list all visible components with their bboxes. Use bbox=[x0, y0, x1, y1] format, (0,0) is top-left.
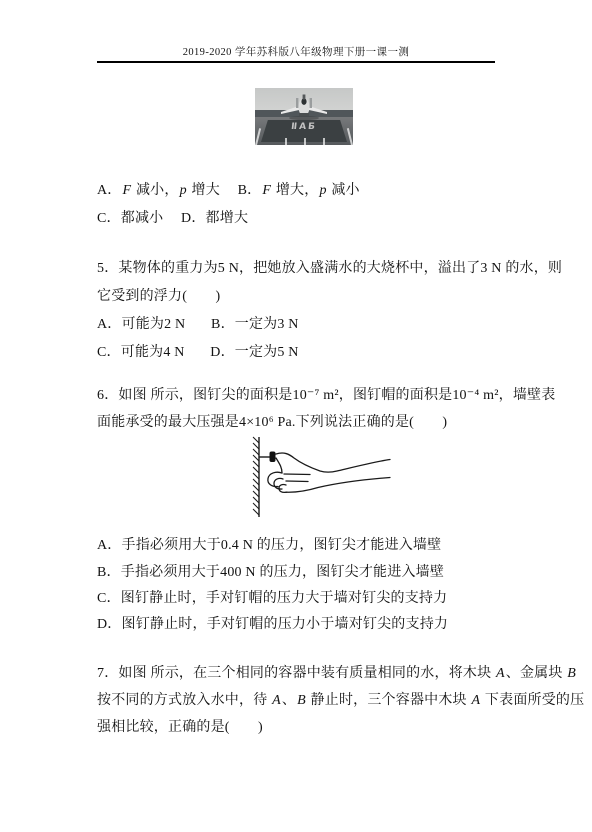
q4-option-a: A．F 减小，p 增大 bbox=[97, 183, 220, 198]
page-header-title: 2019-2020 学年苏科版八年级物理下册一课一测 bbox=[0, 44, 592, 59]
wall-hatching bbox=[253, 437, 259, 515]
q4-option-d: D．都增大 bbox=[181, 211, 248, 226]
q5-stem-line-1: 5．某物体的重力为5 N，把她放入盛满水的大烧杯中，溢出了3 N 的水，则 bbox=[97, 261, 567, 277]
q7-stem-line-3: 强相比较，正确的是( ) bbox=[97, 720, 567, 736]
tack-head bbox=[270, 452, 276, 463]
variable-p: p bbox=[179, 183, 188, 198]
q4-option-row-1: A．F 减小，p 增大 B．F 增大，p 减小 bbox=[97, 183, 567, 199]
jet-carrier-photo: ⅡAБ bbox=[255, 88, 353, 145]
q6-option-c: C．图钉静止时，手对钉帽的压力大于墙对钉尖的支持力 bbox=[97, 591, 567, 607]
deck-line bbox=[323, 138, 325, 145]
q5-option-d: D．一定为5 N bbox=[210, 345, 298, 360]
hand-outline bbox=[268, 453, 390, 492]
q5-option-b: B．一定为3 N bbox=[211, 317, 299, 332]
variable-A: A bbox=[271, 693, 282, 708]
q4-option-row-2: C．都减小 D．都增大 bbox=[97, 211, 567, 227]
q6-stem-line-1: 6．如图 所示，图钉尖的面积是10⁻⁷ m²，图钉帽的面积是10⁻⁴ m²，墙壁… bbox=[97, 388, 567, 404]
variable-B: B bbox=[296, 693, 307, 708]
q6-stem-line-2: 面能承受的最大压强是4×10⁶ Pa.下列说法正确的是( ) bbox=[97, 415, 567, 431]
thumbtack-hand-figure bbox=[238, 430, 398, 527]
variable-A: A bbox=[495, 666, 506, 681]
q5-option-row-2: C．可能为4 N D．一定为5 N bbox=[97, 345, 567, 361]
q4-option-b: B．F 增大，p 减小 bbox=[238, 183, 360, 198]
deck-line bbox=[304, 138, 306, 145]
q5-option-row-1: A．可能为2 N B．一定为3 N bbox=[97, 317, 567, 333]
q5-stem-line-2: 它受到的浮力( ) bbox=[97, 289, 567, 305]
q7-stem-line-1: 7．如图 所示，在三个相同的容器中装有质量相同的水，将木块 A、金属块 B bbox=[97, 666, 567, 682]
document-page: 2019-2020 学年苏科版八年级物理下册一课一测 ⅡAБ A．F 减小，p … bbox=[0, 0, 592, 832]
variable-B: B bbox=[566, 666, 577, 681]
q6-option-a: A．手指必须用大于0.4 N 的压力，图钉尖才能进入墙壁 bbox=[97, 538, 567, 554]
q5-option-a: A．可能为2 N bbox=[97, 317, 185, 332]
fighter-jet-icon bbox=[279, 94, 329, 122]
q6-option-d: D．图钉静止时，手对钉帽的压力小于墙对钉尖的支持力 bbox=[97, 617, 567, 633]
q5-option-c: C．可能为4 N bbox=[97, 345, 185, 360]
deck-line bbox=[285, 138, 287, 145]
q6-option-b: B．手指必须用大于400 N 的压力，图钉尖才能进入墙壁 bbox=[97, 565, 567, 581]
deck-marking-text: ⅡAБ bbox=[255, 122, 353, 132]
variable-A: A bbox=[470, 693, 481, 708]
header-rule bbox=[97, 61, 495, 63]
variable-F: F bbox=[261, 183, 272, 198]
variable-p: p bbox=[318, 183, 327, 198]
q4-option-c: C．都减小 bbox=[97, 211, 163, 226]
variable-F: F bbox=[122, 183, 133, 198]
q7-stem-line-2: 按不同的方式放入水中，待 A、B 静止时，三个容器中木块 A 下表面所受的压 bbox=[97, 693, 567, 709]
